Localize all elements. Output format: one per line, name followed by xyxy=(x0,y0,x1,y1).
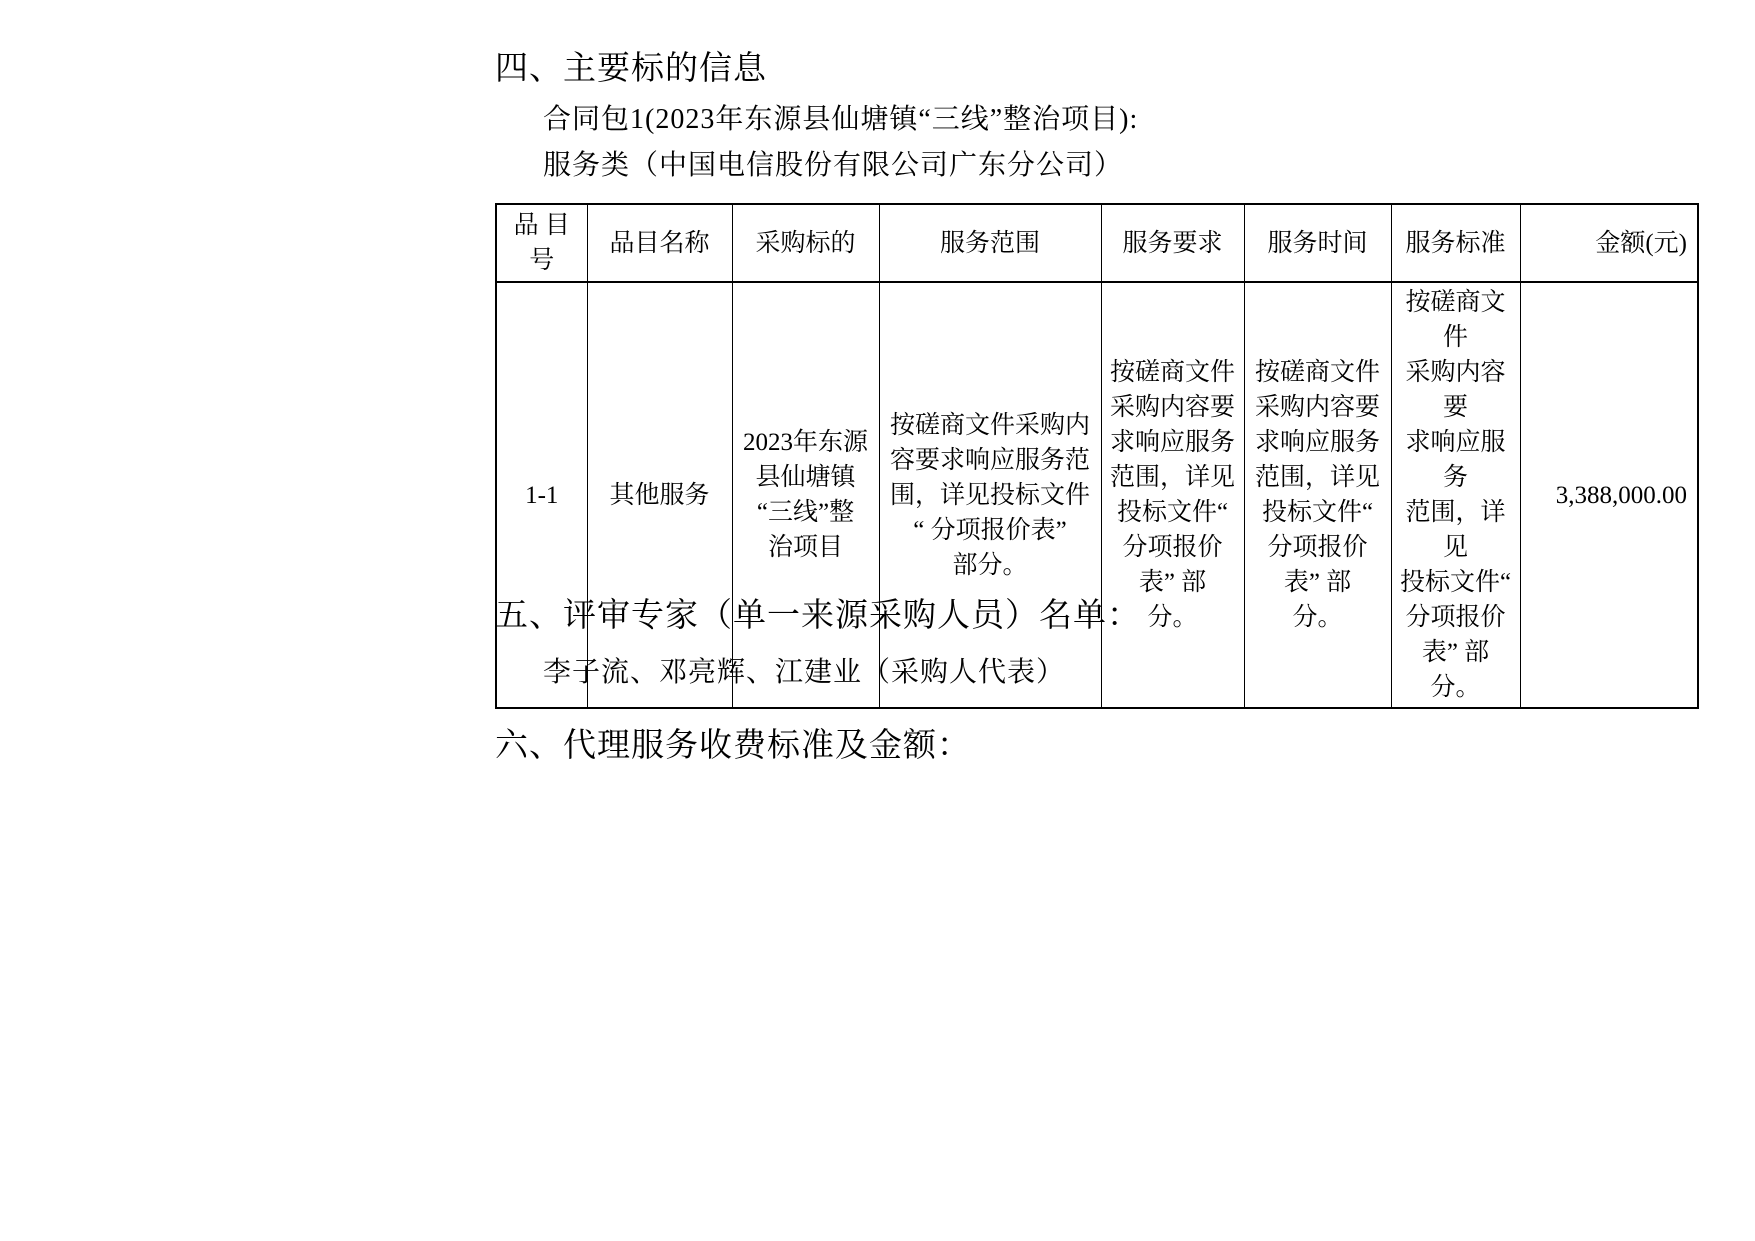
col-header-target: 采购标的 xyxy=(732,204,879,282)
col-header-scope: 服务范围 xyxy=(879,204,1101,282)
section5-expert-list: 李子流、邓亮辉、江建业（采购人代表） xyxy=(543,650,1065,690)
cell-amount: 3,388,000.00 xyxy=(1520,282,1698,708)
col-header-item-name: 品目名称 xyxy=(587,204,732,282)
section4-heading: 四、主要标的信息 xyxy=(495,42,767,89)
section6-heading: 六、代理服务收费标准及金额： xyxy=(495,719,971,766)
col-header-standard: 服务标准 xyxy=(1391,204,1520,282)
cell-standard: 按磋商文件 采购内容要 求响应服务 范围，详见 投标文件“ 分项报价 表” 部 … xyxy=(1391,282,1520,708)
cell-scope: 按磋商文件采购内 容要求响应服务范 围，详见投标文件 “ 分项报价表” 部分。 xyxy=(879,282,1101,708)
cell-item-name: 其他服务 xyxy=(587,282,732,708)
cell-item-no: 1-1 xyxy=(496,282,587,708)
col-header-time: 服务时间 xyxy=(1244,204,1391,282)
table-row: 1-1 其他服务 2023年东源 县仙塘镇 “三线”整 治项目 按磋商文件采购内… xyxy=(496,282,1698,708)
table-header-row: 品 目 号 品目名称 采购标的 服务范围 服务要求 服务时间 服务标准 金额(元… xyxy=(496,204,1698,282)
section4-contract-package-line: 合同包1(2023年东源县仙塘镇“三线”整治项目): xyxy=(543,97,1138,137)
col-header-amount: 金额(元) xyxy=(1520,204,1698,282)
cell-requirement: 按磋商文件 采购内容要 求响应服务 范围，详见 投标文件“ 分项报价 表” 部 … xyxy=(1101,282,1244,708)
col-header-item-no: 品 目 号 xyxy=(496,204,587,282)
col-header-requirement: 服务要求 xyxy=(1101,204,1244,282)
section4-service-class-line: 服务类（中国电信股份有限公司广东分公司） xyxy=(543,143,1123,183)
cell-target: 2023年东源 县仙塘镇 “三线”整 治项目 xyxy=(732,282,879,708)
cell-time: 按磋商文件 采购内容要 求响应服务 范围，详见 投标文件“ 分项报价 表” 部 … xyxy=(1244,282,1391,708)
section5-heading: 五、评审专家（单一来源采购人员）名单： xyxy=(495,589,1141,636)
